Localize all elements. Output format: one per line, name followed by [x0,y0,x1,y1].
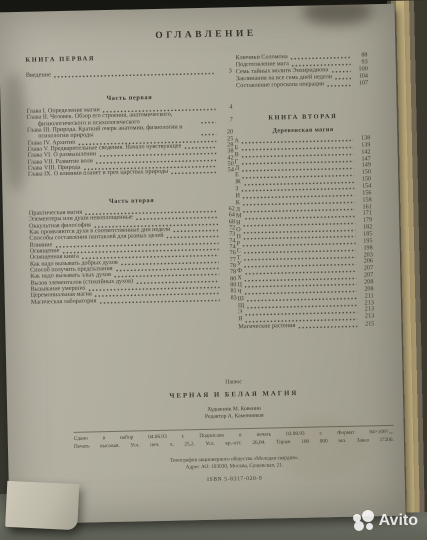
toc-entry-label: Глава IX. О влиянии планет в трех царств… [28,169,168,178]
dot-leader [171,169,217,175]
toc-entry-page: 3 [217,68,232,75]
stain [2,72,29,192]
toc-entry: Магические растения 215 [238,321,374,330]
toc-entry-label: Составление гороскопа операции [236,80,324,89]
dot-leader [201,131,216,136]
book-photo: ОГЛАВЛЕНИЕ КНИГА ПЕРВАЯ Введение 3 Часть… [0,0,427,540]
toc-entry-page: 4 [218,104,233,111]
book2-subheading: Деревенская магия [237,125,369,135]
toc-entry-label: Введение [26,72,51,79]
dot-leader [335,74,351,79]
isbn: ISBN 5-8317-020-9 [75,473,395,486]
stain [302,0,373,26]
dot-leader [184,144,216,150]
avito-watermark: Avito [353,510,418,531]
part2-list: Практическая магия 62 Элементеры или душ… [29,206,237,306]
book1-appendix-list: Ключики Соломона 88 Подготовление мага 9… [235,51,368,89]
toc-entry-page: 7 [218,117,233,124]
dot-leader [201,118,216,123]
watermark-label: Avito [379,512,418,530]
toc-entry: Составление гороскопа операции 107 [236,79,368,89]
part2-heading: Часть вторая [29,195,235,206]
toc-entry: Введение 3 [26,68,232,79]
intro-row: Введение 3 [26,68,232,79]
colophon-author: Папюс [69,376,399,389]
toc-entry-page: 107 [353,79,368,86]
toc-title: ОГЛАВЛЕНИЕ [29,26,383,44]
book-page: ОГЛАВЛЕНИЕ КНИГА ПЕРВАЯ Введение 3 Часть… [0,4,406,525]
alphabet-list: А 138 Б 139 В 142 Г [234,135,374,323]
dot-leader [331,67,351,72]
avito-logo-icon [353,510,374,531]
toc-entry-page: 83 [222,295,237,302]
dot-leader [327,81,351,87]
colophon-book-title: ЧЕРНАЯ И БЕЛАЯ МАГИЯ [69,388,399,402]
toc-entry-label: Магическая лаборатория [31,298,97,306]
page-corner-curl [5,481,79,530]
dot-leader [298,322,357,328]
dot-leader [99,296,219,304]
part1-heading: Часть первая [26,92,232,103]
book1-heading: КНИГА ПЕРВАЯ [25,55,95,64]
closing-row: Магические растения 215 [238,321,374,330]
part1-list: Глава I. Определение магии 4 Глава II. Ч… [27,104,234,178]
toc-entry-page: 54 [219,168,234,175]
toc-entry-label: Магические растения [238,323,295,331]
book2-heading: КНИГА ВТОРАЯ [237,112,369,122]
toc-entry-page: 215 [359,321,374,328]
dot-leader [173,227,218,233]
dot-leader [54,70,215,79]
